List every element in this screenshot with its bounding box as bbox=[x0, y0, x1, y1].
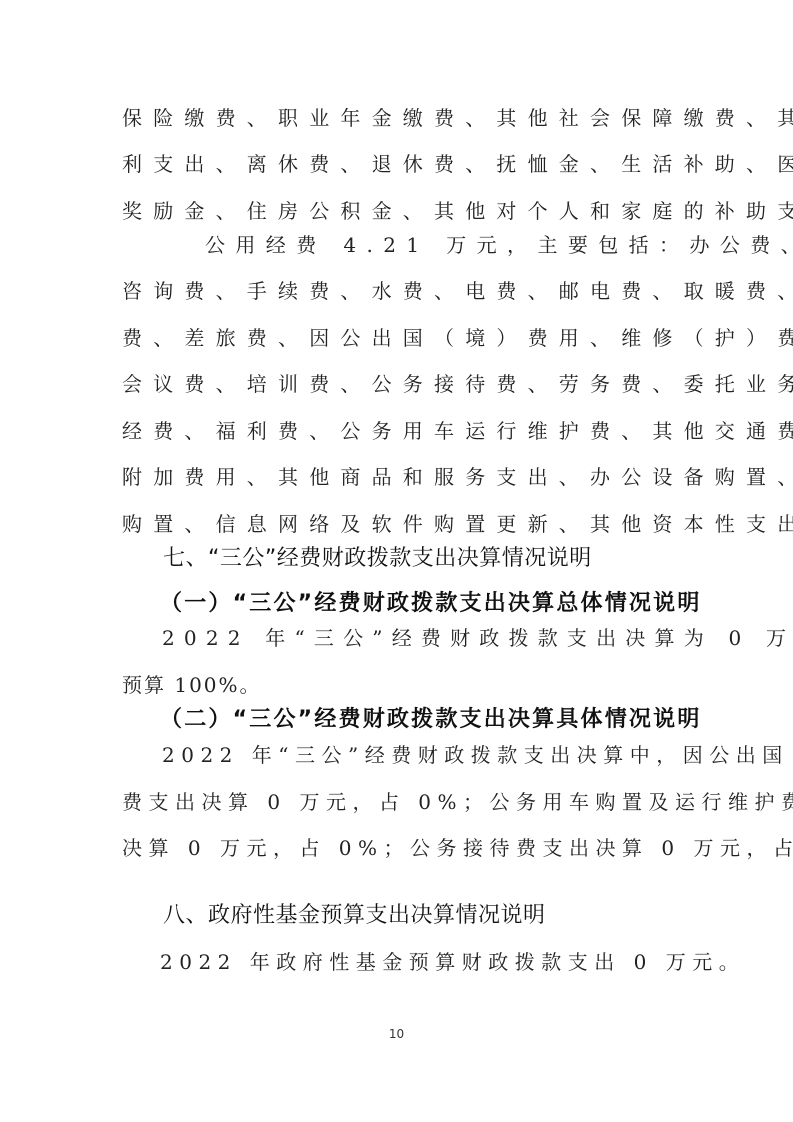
subsection-heading-7-2: （二）“三公”经费财政拨款支出决算具体情况说明 bbox=[160, 706, 702, 734]
paragraph-line: 2022 年“三公”经费财政拨款支出决算中，因公出国（境） bbox=[162, 742, 722, 768]
subsection-heading-7-1: （一）“三公”经费财政拨款支出决算总体情况说明 bbox=[160, 590, 702, 618]
document-page: 保险缴费、职业年金缴费、其他社会保障缴费、其他工资福 利支出、离休费、退休费、抚… bbox=[0, 0, 793, 1122]
paragraph-line: 费支出决算 0 万元，占 0%；公务用车购置及运行维护费支出 bbox=[122, 789, 682, 815]
paragraph-line: 购置、信息网络及软件购置更新、其他资本性支出等。 bbox=[122, 511, 682, 537]
paragraph-line: 预算 100%。 bbox=[122, 672, 682, 698]
paragraph-line: 附加费用、其他商品和服务支出、办公设备购置、专用设备 bbox=[122, 464, 682, 490]
paragraph-line: 会议费、培训费、公务接待费、劳务费、委托业务费、工会 bbox=[122, 371, 682, 397]
paragraph-line: 公用经费 4.21 万元，主要包括：办公费、印刷费、 bbox=[205, 232, 765, 258]
paragraph-line: 奖励金、住房公积金、其他对个人和家庭的补助支出等。 bbox=[122, 198, 682, 224]
paragraph-line: 决算 0 万元，占 0%；公务接待费支出决算 0 万元，占 0%。 bbox=[122, 835, 682, 861]
paragraph-line: 保险缴费、职业年金缴费、其他社会保障缴费、其他工资福 bbox=[122, 105, 682, 131]
paragraph-line: 2022 年“三公”经费财政拨款支出决算为 0 万元，完成 bbox=[162, 625, 722, 651]
paragraph-line: 费、差旅费、因公出国（境）费用、维修（护）费、租赁费、 bbox=[122, 325, 682, 351]
section-heading-7: 七、“三公”经费财政拨款支出决算情况说明 bbox=[163, 545, 592, 573]
page-number: 10 bbox=[0, 1027, 793, 1041]
paragraph-line: 2022 年政府性基金预算财政拨款支出 0 万元。 bbox=[160, 949, 720, 975]
section-heading-8: 八、政府性基金预算支出决算情况说明 bbox=[163, 902, 546, 930]
paragraph-line: 利支出、离休费、退休费、抚恤金、生活补助、医疗费补助、 bbox=[122, 151, 682, 177]
paragraph-line: 经费、福利费、公务用车运行维护费、其他交通费、税金及 bbox=[122, 418, 682, 444]
paragraph-line: 咨询费、手续费、水费、电费、邮电费、取暖费、物业管理 bbox=[122, 278, 682, 304]
